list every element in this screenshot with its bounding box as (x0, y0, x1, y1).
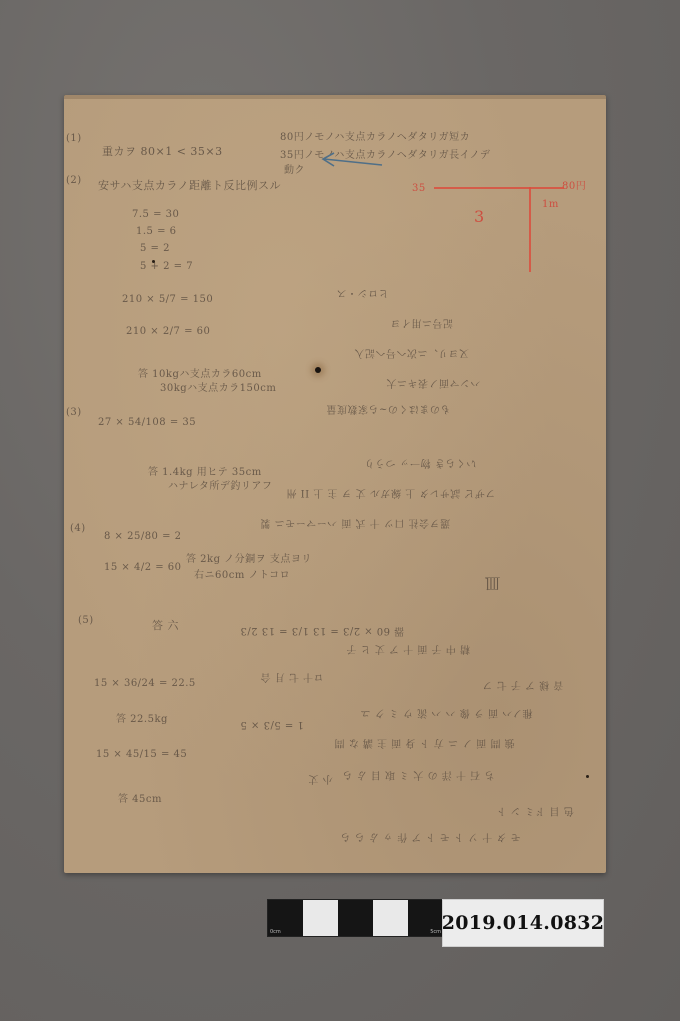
inverted-text-line: 小 丈 (308, 773, 333, 788)
answer-line: 答 10kgハ支点カラ60cm (138, 365, 262, 380)
question-1-line: 重カヲ 80×1 < 35×3 (102, 143, 223, 159)
diagram-center-label: 3 (474, 207, 485, 226)
note-line: 80円ノモノハ支点カラノヘダタリガ短カ (280, 128, 470, 143)
question-5-label: 答 六 (152, 617, 179, 633)
diagram-vertical-label: 1m (542, 199, 559, 210)
scale-right-label: 5cm (430, 929, 441, 935)
inverted-text-line: いくらき 物一ッ つうり (364, 457, 476, 472)
answer-5: 答 22.5kg (116, 710, 168, 725)
question-4-calc2: 15 × 4/2 = 60 (104, 562, 182, 573)
inverted-text-line: 稚ノハ 面 ラ 像 ハ ハ 流 ウ ミ ク ユ (360, 707, 533, 722)
question-5-marker: (5) (78, 615, 94, 626)
diagram-lever-line (434, 187, 564, 189)
question-2-marker: (2) (66, 175, 82, 186)
inverted-text-line: フザビ 試サレタ 上 線ガル 丈 ヲ 主 上 II 州 (286, 487, 495, 502)
answer-line: 30kgハ支点カラ150cm (160, 379, 276, 394)
scale-segment: 5cm (408, 900, 443, 936)
scale-left-label: 0cm (270, 929, 281, 935)
diagram-left-label: 35 (412, 183, 426, 194)
inverted-text-line: ものまはくの~ら家数度量 (326, 403, 450, 418)
calc-line: 7.5 = 30 (132, 209, 179, 220)
inverted-text-line: 色 目 ドミ ン ト (496, 805, 574, 820)
question-4-marker: (4) (70, 523, 86, 534)
inverted-text-line: 選ヲ会社 口ツ 十 式 面 ハーマーモニ 製 (260, 517, 450, 532)
question-6-calc: 15 × 45/15 = 45 (96, 749, 187, 760)
inverted-text-line: 皿 (484, 573, 501, 596)
inverted-text-line: モ タ 十 ソ ト モ ト ア 作 ゥ ゟ ら ら (340, 831, 521, 846)
scale-segment: 0cm (268, 900, 303, 936)
calc-line: 5 = 2 (140, 243, 170, 254)
answer-line: 右ニ60cm ノトコロ (194, 566, 290, 581)
inverted-text-line: 音 様 ア 子 七 フ (482, 679, 563, 694)
scale-segment (338, 900, 373, 936)
answer-line: ハナレタ所デ釣リアフ (168, 477, 272, 492)
calc-line: 210 × 2/7 = 60 (126, 326, 210, 337)
inverted-text-line: 強 問 面 ノ ニ 方 ト 身 面 主 講 な 問 (334, 737, 515, 752)
inverted-text-line: ヒロシ・ス (336, 287, 389, 302)
inverted-text-line: 精 中 子 面 十 ア 丈 ヒ 子 (346, 643, 470, 658)
diagram-fulcrum-line (529, 187, 531, 272)
ink-dot (152, 260, 155, 263)
inverted-text-line: ち 石 十 洋 の 大 ミ 取 目 ゟ ら (342, 769, 494, 784)
note-line: 動ク (284, 161, 305, 176)
note-line: 35円ノモノハ支点カラノヘダタリガ長イノデ (280, 146, 491, 161)
accession-number-label: 2019.014.0832 (442, 899, 604, 947)
question-1-marker: (1) (66, 133, 82, 144)
paper-hole (315, 367, 321, 373)
inverted-text-line: 1 = 5/3 × 5 (240, 719, 304, 730)
question-3-calc: 27 × 54/108 = 35 (98, 417, 196, 428)
calc-line: 5 + 2 = 7 (140, 261, 193, 272)
question-4-calc: 8 × 25/80 = 2 (104, 531, 182, 542)
ink-dot (586, 775, 589, 778)
answer-6: 答 45cm (118, 790, 162, 805)
scale-segment (373, 900, 408, 936)
inverted-text-line: 器 60 × 2/3 = 13 1/3 = 13 2/3 (240, 625, 404, 640)
question-3-marker: (3) (66, 407, 82, 418)
inverted-text-line: ロ十 七 月 合 (260, 671, 324, 686)
blue-arrow-icon (318, 151, 384, 173)
diagram-right-label: 80円 (562, 177, 586, 192)
inverted-text-line: ハンマ面ノ表キニ大 (386, 377, 481, 392)
answer-line: 答 2kg ノ分銅ヲ 支点ヨリ (186, 550, 312, 565)
inverted-text-line: 記号ニ用イヨ (390, 317, 453, 332)
document-paper: (1) 重カヲ 80×1 < 35×3 (2) 安サハ支点カラノ距離ト反比例スル… (64, 95, 606, 873)
scale-bar: 0cm 5cm (267, 899, 444, 937)
scale-segment (303, 900, 338, 936)
inverted-text-line: 又ヨリ、ニ次ヘ号ヘ記入 (354, 347, 469, 362)
question-2-line: 安サハ支点カラノ距離ト反比例スル (98, 177, 281, 193)
calc-line: 210 × 5/7 = 150 (122, 294, 213, 305)
question-5-calc: 15 × 36/24 = 22.5 (94, 678, 196, 689)
calc-line: 1.5 = 6 (136, 226, 177, 237)
answer-line: 答 1.4kg 用ヒテ 35cm (148, 463, 262, 478)
